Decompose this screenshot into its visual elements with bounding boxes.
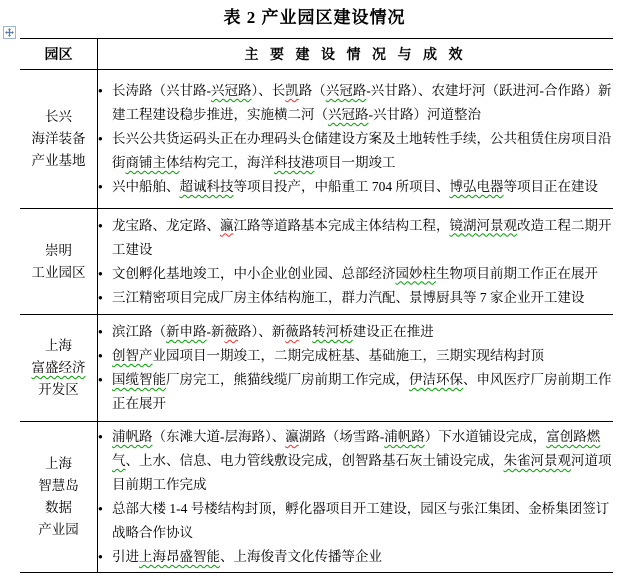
- bullet-item: ●兴中船舶、超诚科技等项目投产，中船重工 704 所项目、博弘电器等项目正在建设: [98, 175, 613, 199]
- park-name-line: 长兴: [20, 106, 97, 128]
- table-row: 长兴海洋装备产业基地●长涛路（兴甘路-兴冠路）、长凯路（兴冠路-兴甘路）、农建圩…: [20, 70, 613, 209]
- grammar-squiggle: 兴冠路: [211, 83, 252, 98]
- grammar-squiggle: 朱雀河景观: [504, 453, 572, 468]
- park-name-cell: 上海智慧岛数据产业园: [20, 422, 98, 573]
- bullet-item: ●三江精密项目完成厂房主体结构施工，群力汽配、景博厨具等 7 家企业开工建设: [98, 286, 613, 310]
- grammar-squiggle: 富盛经济: [32, 360, 86, 375]
- park-name-line: 上海: [20, 335, 97, 357]
- bullet-item: ●浦帆路（东滩大道-层海路）、瀛湖路（场雪路-浦帆路）下水道铺设完成，富创路燃气…: [98, 425, 613, 497]
- move-cross-arrows-icon: [5, 24, 14, 42]
- bullet-icon: ●: [98, 175, 112, 199]
- bullet-text: 滨江路（新申路-新薇路）、新薇路转河桥建设正在推进: [112, 320, 613, 344]
- bullet-text: 长涛路（兴甘路-兴冠路）、长凯路（兴冠路-兴甘路）、农建圩河（跃进河-合作路）新…: [112, 79, 613, 127]
- bullet-icon: ●: [98, 497, 112, 545]
- table-row: 崇明工业园区●龙宝路、龙定路、瀛江路等道路基本完成主体结构工程，镜湖河景观改造工…: [20, 209, 613, 315]
- grammar-squiggle: 镜湖河景观: [450, 218, 518, 233]
- bullet-icon: ●: [98, 79, 112, 127]
- table-header-row: 园区 主 要 建 设 情 况 与 成 效: [20, 39, 613, 70]
- bullet-icon: ●: [98, 368, 112, 416]
- bullet-text: 龙宝路、龙定路、瀛江路等道路基本完成主体结构工程，镜湖河景观改造工程二期开工建设: [112, 214, 613, 262]
- bullet-text: 兴中船舶、超诚科技等项目投产，中船重工 704 所项目、博弘电器等项目正在建设: [112, 175, 613, 199]
- grammar-squiggle: 商铺主体: [126, 155, 180, 170]
- bullet-item: ●龙宝路、龙定路、瀛江路等道路基本完成主体结构工程，镜湖河景观改造工程二期开工建…: [98, 214, 613, 262]
- park-name-line: 数据: [20, 497, 97, 519]
- bullet-item: ●滨江路（新申路-新薇路）、新薇路转河桥建设正在推进: [98, 320, 613, 344]
- spelling-squiggle: 瀛: [220, 218, 234, 233]
- table-move-handle[interactable]: [3, 26, 16, 39]
- grammar-squiggle: 上海昂盛智能: [139, 549, 220, 564]
- bullet-item: ●国缆智能厂房完工，熊猫线缆厂房前期工作完成，伊洁环保、申风医疗厂房前期工作正在…: [98, 368, 613, 416]
- bullet-item: ●长兴公共货运码头正在办理码头仓储建设方案及土地转性手续，公共租赁住房项目沿街商…: [98, 127, 613, 175]
- column-header-details: 主 要 建 设 情 况 与 成 效: [98, 39, 614, 70]
- bullet-item: ●总部大楼 1-4 号楼结构封顶，孵化器项目开工建设，园区与张江集团、金桥集团签…: [98, 497, 613, 545]
- bullet-text: 国缆智能厂房完工，熊猫线缆厂房前期工作完成，伊洁环保、申风医疗厂房前期工作正在展…: [112, 368, 613, 416]
- park-name-line: 产业基地: [20, 150, 97, 172]
- bullet-text: 引进上海昂盛智能、上海俊青文化传播等企业: [112, 545, 613, 569]
- grammar-squiggle: 创智产: [112, 348, 153, 363]
- park-name-line: 工业园区: [20, 262, 97, 284]
- bullet-icon: ●: [98, 425, 112, 497]
- bullet-item: ●长涛路（兴甘路-兴冠路）、长凯路（兴冠路-兴甘路）、农建圩河（跃进河-合作路）…: [98, 79, 613, 127]
- bullet-text: 总部大楼 1-4 号楼结构封顶，孵化器项目开工建设，园区与张江集团、金桥集团签订…: [112, 497, 613, 545]
- grammar-squiggle: 浦帆路: [384, 429, 425, 444]
- spelling-squiggle: 薇: [225, 324, 239, 339]
- park-details-cell: ●龙宝路、龙定路、瀛江路等道路基本完成主体结构工程，镜湖河景观改造工程二期开工建…: [98, 209, 614, 315]
- bullet-text: 文创孵化基地竣工，中小企业创业园、总部经济园妙柱生物项目前期工作正在展开: [112, 262, 613, 286]
- park-name-cell: 长兴海洋装备产业基地: [20, 70, 98, 209]
- industrial-parks-table: 园区 主 要 建 设 情 况 与 成 效 长兴海洋装备产业基地●长涛路（兴甘路-…: [20, 38, 613, 573]
- bullet-icon: ●: [98, 127, 112, 175]
- grammar-squiggle: 博弘电器: [450, 179, 504, 194]
- park-name-line: 海洋装备: [20, 128, 97, 150]
- grammar-squiggle: 伊洁环保: [409, 372, 463, 387]
- park-details-cell: ●滨江路（新申路-新薇路）、新薇路转河桥建设正在推进●创智产业园项目一期竣工，二…: [98, 315, 614, 422]
- park-details-cell: ●浦帆路（东滩大道-层海路）、瀛湖路（场雪路-浦帆路）下水道铺设完成，富创路燃气…: [98, 422, 614, 573]
- grammar-squiggle: 超诚科技: [180, 179, 234, 194]
- bullet-icon: ●: [98, 320, 112, 344]
- park-name-line: 开发区: [20, 379, 97, 401]
- table-row: 上海富盛经济开发区●滨江路（新申路-新薇路）、新薇路转河桥建设正在推进●创智产业…: [20, 315, 613, 422]
- column-header-park: 园区: [20, 39, 98, 70]
- grammar-squiggle: 兴冠路: [328, 107, 369, 122]
- park-name-cell: 上海富盛经济开发区: [20, 315, 98, 422]
- park-name-line: 产业园: [20, 519, 97, 541]
- table-row: 上海智慧岛数据产业园●浦帆路（东滩大道-层海路）、瀛湖路（场雪路-浦帆路）下水道…: [20, 422, 613, 573]
- bullet-icon: ●: [98, 214, 112, 262]
- park-name-line: 富盛经济: [20, 357, 97, 379]
- bullet-text: 长兴公共货运码头正在办理码头仓储建设方案及土地转性手续，公共租赁住房项目沿街商铺…: [112, 127, 613, 175]
- park-name-cell: 崇明工业园区: [20, 209, 98, 315]
- grammar-squiggle: 新申路: [166, 324, 207, 339]
- park-details-cell: ●长涛路（兴甘路-兴冠路）、长凯路（兴冠路-兴甘路）、农建圩河（跃进河-合作路）…: [98, 70, 614, 209]
- spelling-squiggle: 凯: [285, 83, 299, 98]
- park-name-line: 智慧岛: [20, 475, 97, 497]
- bullet-text: 浦帆路（东滩大道-层海路）、瀛湖路（场雪路-浦帆路）下水道铺设完成，富创路燃气、…: [112, 425, 613, 497]
- grammar-squiggle: 园妙柱: [396, 266, 437, 281]
- bullet-item: ●文创孵化基地竣工，中小企业创业园、总部经济园妙柱生物项目前期工作正在展开: [98, 262, 613, 286]
- grammar-squiggle: 浦帆路: [112, 429, 153, 444]
- bullet-item: ●创智产业园项目一期竣工，二期完成桩基、基础施工，三期实现结构封顶: [98, 344, 613, 368]
- bullet-icon: ●: [98, 545, 112, 569]
- grammar-squiggle: 转河桥: [312, 324, 353, 339]
- grammar-squiggle: 科技港: [274, 155, 315, 170]
- bullet-icon: ●: [98, 262, 112, 286]
- bullet-item: ●引进上海昂盛智能、上海俊青文化传播等企业: [98, 545, 613, 569]
- bullet-icon: ●: [98, 286, 112, 310]
- grammar-squiggle: 兴冠路: [326, 83, 367, 98]
- bullet-icon: ●: [98, 344, 112, 368]
- park-name-line: 上海: [20, 453, 97, 475]
- document-page: 表 2 产业园区建设情况 园区 主 要 建 设 情 况 与 成 效 长兴海洋装备…: [0, 0, 629, 582]
- spelling-squiggle: 薇: [285, 324, 299, 339]
- table-caption: 表 2 产业园区建设情况: [0, 3, 629, 28]
- bullet-text: 三江精密项目完成厂房主体结构施工，群力汽配、景博厨具等 7 家企业开工建设: [112, 286, 613, 310]
- park-name-line: 崇明: [20, 240, 97, 262]
- spelling-squiggle: 瀛: [285, 429, 299, 444]
- bullet-text: 创智产业园项目一期竣工，二期完成桩基、基础施工，三期实现结构封顶: [112, 344, 613, 368]
- grammar-squiggle: 国缆智能: [112, 372, 166, 387]
